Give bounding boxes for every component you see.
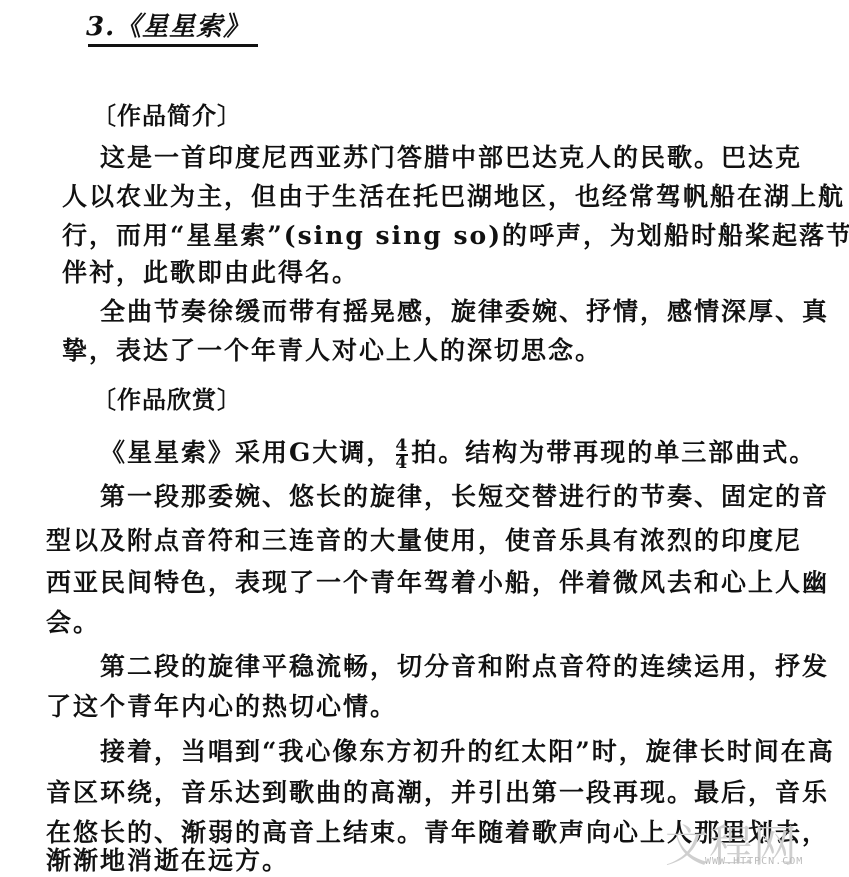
paragraph-line: 音区环绕，音乐达到歌曲的高潮，并引出第一段再现。最后，音乐 [46,778,829,808]
paragraph-line: 西亚民间特色，表现了一个青年驾着小船，伴着微风去和心上人幽 [46,568,829,598]
key-signature-line: 《星星索》采用G大调，44拍。结构为带再现的单三部曲式。 [100,438,816,471]
watermark-url: WWW.HTTPCN.COM [705,856,803,867]
section-heading-appreciation: 〔作品欣赏〕 [92,380,242,415]
paragraph-line: 人以农业为主，但由于生活在托巴湖地区，也经常驾帆船在湖上航 [62,182,845,212]
paragraph-line: 型以及附点音符和三连音的大量使用，使音乐具有浓烈的印度尼 [46,526,802,556]
key-line-before: 《星星索》采用G大调， [100,438,393,467]
paragraph-line: 渐渐地消逝在远方。 [46,846,289,876]
paragraph-line: 伴衬，此歌即由此得名。 [62,258,359,288]
paragraph-line: 第二段的旋律平稳流畅，切分音和附点音符的连续运用，抒发 [100,652,829,682]
paragraph-line: 第一段那委婉、悠长的旋律，长短交替进行的节奏、固定的音 [100,482,829,512]
paragraph-line: 行，而用“星星索”(sing sing so)的呼声，为划船时船桨起落节奏作 [62,221,849,251]
paragraph-line: 挚，表达了一个年青人对心上人的深切思念。 [62,336,602,366]
time-sig-top: 4 [395,439,409,454]
paragraph-line: 这是一首印度尼西亚苏门答腊中部巴达克人的民歌。巴达克 [100,143,802,173]
paragraph-line: 全曲节奏徐缓而带有摇晃感，旋律委婉、抒情，感情深厚、真 [100,297,829,327]
paragraph-line: 接着，当唱到“我心像东方初升的红太阳”时，旋律长时间在高 [100,737,835,767]
section-heading-intro: 〔作品简介〕 [92,96,242,131]
key-line-after: 拍。结构为带再现的单三部曲式。 [411,438,816,467]
watermark: 文程网 WWW.HTTPCN.COM [665,810,845,870]
time-sig-bottom: 4 [395,456,409,471]
piece-title: 3.《星星索》 [86,6,250,43]
paragraph-line: 会。 [46,608,100,638]
paragraph-line: 了这个青年内心的热切心情。 [46,692,397,722]
title-underline [88,44,258,47]
time-signature: 44 [395,439,409,471]
